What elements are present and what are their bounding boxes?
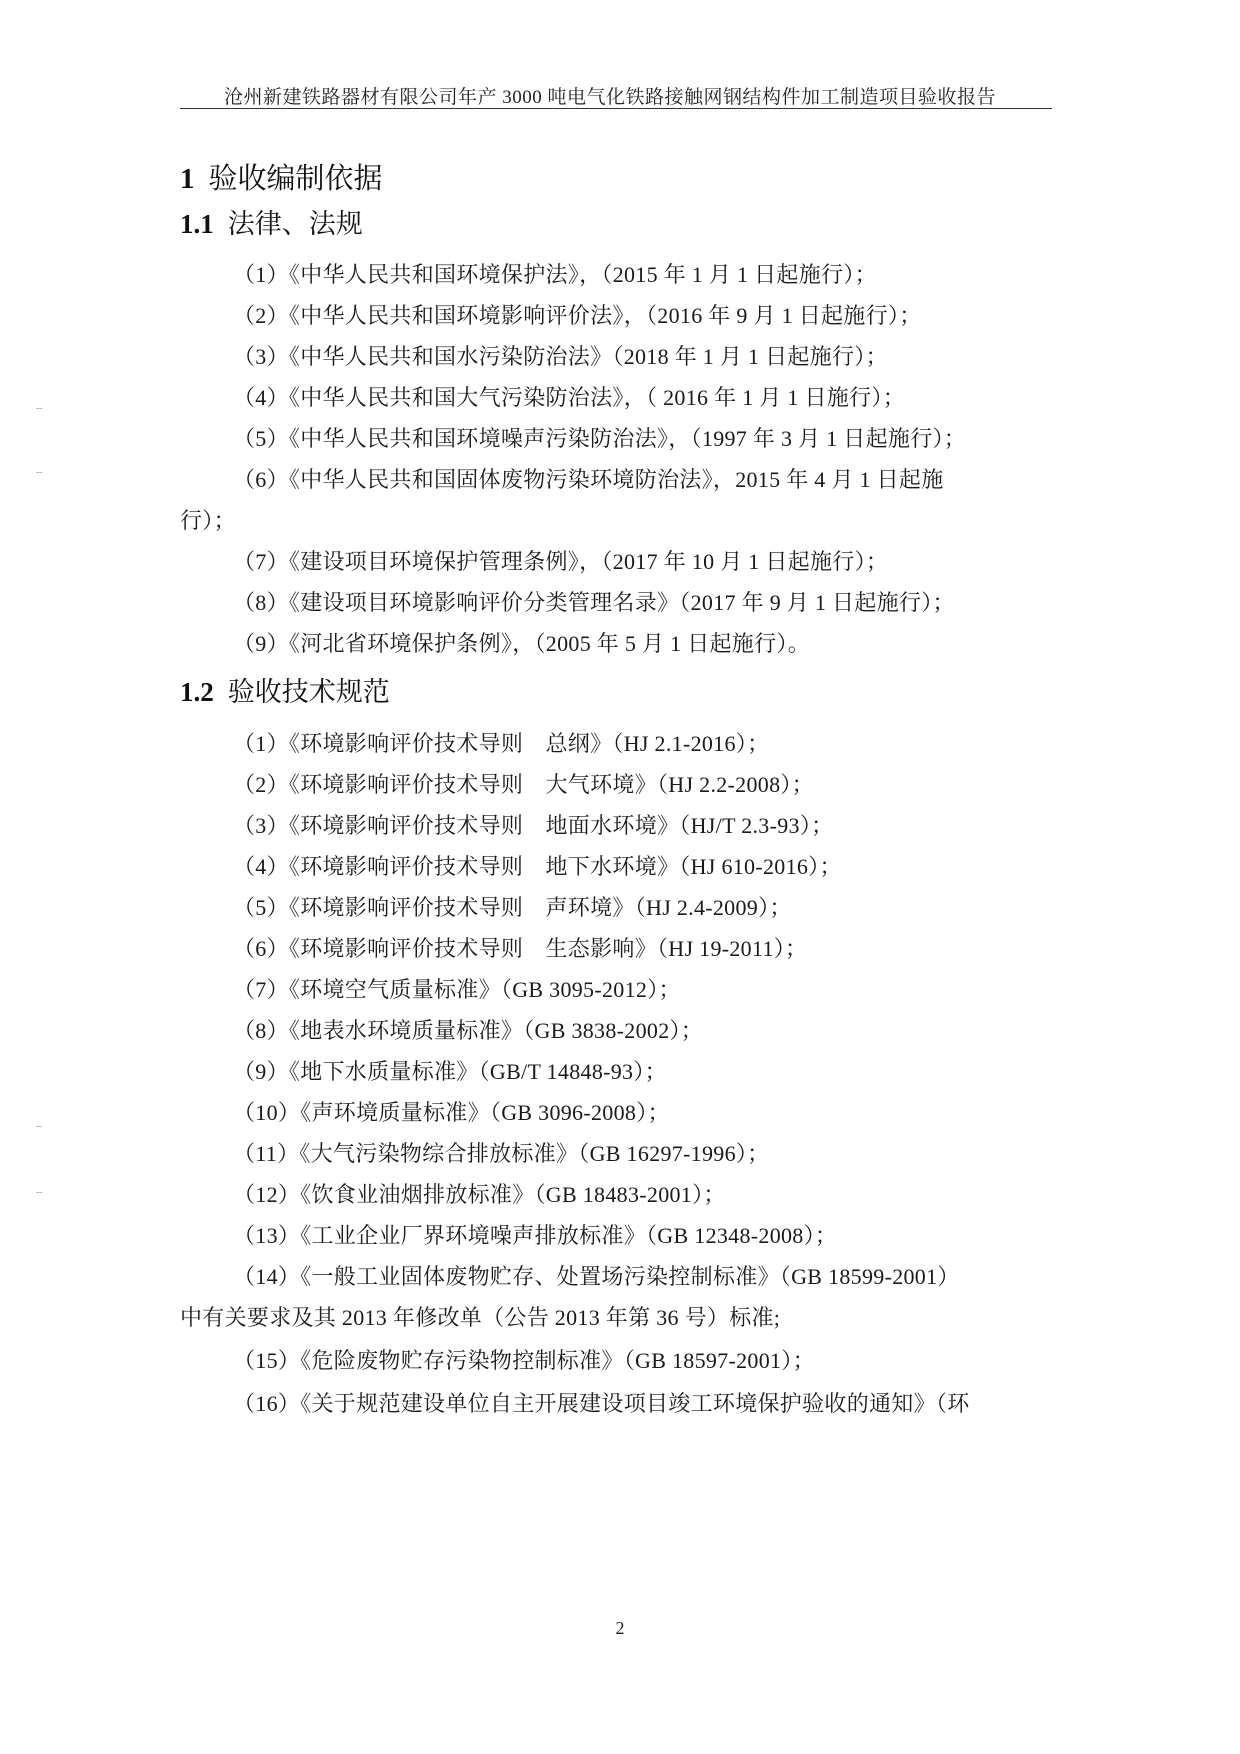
spec-item-1: （1）《环境影响评价技术导则 总纲》（HJ 2.1-2016）； bbox=[233, 727, 769, 758]
spec-item-2: （2）《环境影响评价技术导则 大气环境》（HJ 2.2-2008）； bbox=[233, 768, 814, 799]
spec-item-10: （10）《声环境质量标准》（GB 3096-2008）； bbox=[233, 1096, 670, 1127]
spec-item-12: （12）《饮食业油烟排放标准》（GB 18483-2001）； bbox=[233, 1178, 726, 1209]
law-item-6-continuation: 行）； bbox=[180, 504, 236, 535]
section-number: 1.1 bbox=[180, 209, 214, 239]
spec-item-14: （14）《一般工业固体废物贮存、处置场污染控制标准》（GB 18599-2001… bbox=[233, 1260, 960, 1291]
spec-item-3: （3）《环境影响评价技术导则 地面水环境》（HJ/T 2.3-93）； bbox=[233, 809, 833, 840]
section-heading-1-2: 1.2验收技术规范 bbox=[180, 670, 390, 709]
section-title: 法律、法规 bbox=[228, 209, 363, 239]
chapter-heading: 1验收编制依据 bbox=[180, 156, 383, 197]
spec-item-4: （4）《环境影响评价技术导则 地下水环境》（HJ 610-2016）； bbox=[233, 850, 842, 881]
running-header: 沧州新建铁路器材有限公司年产 3000 吨电气化铁路接触网钢结构件加工制造项目验… bbox=[180, 82, 1040, 109]
scan-speck bbox=[36, 1192, 42, 1193]
spec-item-6: （6）《环境影响评价技术导则 生态影响》（HJ 19-2011）； bbox=[233, 932, 807, 963]
spec-item-14-continuation: 中有关要求及其 2013 年修改单（公告 2013 年第 36 号）标准; bbox=[180, 1301, 780, 1332]
spec-item-8: （8）《地表水环境质量标准》（GB 3838-2002）； bbox=[233, 1014, 703, 1045]
spec-item-11: （11）《大气污染物综合排放标准》（GB 16297-1996）； bbox=[233, 1137, 769, 1168]
section-number: 1.2 bbox=[180, 677, 214, 707]
law-item-4: （4）《中华人民共和国大气污染防治法》，（ 2016 年 1 月 1 日施行）； bbox=[233, 381, 905, 412]
scan-speck bbox=[36, 408, 42, 409]
law-item-9: （9）《河北省环境保护条例》，（2005 年 5 月 1 日起施行）。 bbox=[233, 627, 810, 658]
law-item-8: （8）《建设项目环境影响评价分类管理名录》（2017 年 9 月 1 日起施行）… bbox=[233, 586, 955, 617]
law-item-5: （5）《中华人民共和国环境噪声污染防治法》，（1997 年 3 月 1 日起施行… bbox=[233, 422, 966, 453]
spec-item-15: （15）《危险废物贮存污染物控制标准》（GB 18597-2001）； bbox=[233, 1344, 815, 1375]
spec-item-9: （9）《地下水质量标准》（GB/T 14848-93）； bbox=[233, 1055, 667, 1086]
spec-item-16: （16）《关于规范建设单位自主开展建设项目竣工环境保护验收的通知》（环 bbox=[233, 1387, 970, 1418]
law-item-3: （3）《中华人民共和国水污染防治法》（2018 年 1 月 1 日起施行）； bbox=[233, 340, 888, 371]
scan-speck bbox=[36, 472, 42, 473]
law-item-6: （6）《中华人民共和国固体废物污染环境防治法》，2015 年 4 月 1 日起施 bbox=[233, 463, 944, 494]
spec-item-5: （5）《环境影响评价技术导则 声环境》（HJ 2.4-2009）； bbox=[233, 891, 792, 922]
spec-item-7: （7）《环境空气质量标准》（GB 3095-2012）； bbox=[233, 973, 681, 1004]
header-divider bbox=[180, 108, 1052, 109]
chapter-number: 1 bbox=[180, 163, 195, 195]
section-title: 验收技术规范 bbox=[228, 677, 390, 707]
law-item-2: （2）《中华人民共和国环境影响评价法》，（2016 年 9 月 1 日起施行）； bbox=[233, 299, 922, 330]
spec-item-13: （13）《工业企业厂界环境噪声排放标准》（GB 12348-2008）； bbox=[233, 1219, 837, 1250]
section-heading-1-1: 1.1法律、法规 bbox=[180, 202, 363, 241]
scan-speck bbox=[36, 1126, 42, 1127]
chapter-title: 验收编制依据 bbox=[209, 163, 383, 195]
law-item-1: （1）《中华人民共和国环境保护法》，（2015 年 1 月 1 日起施行）； bbox=[233, 258, 877, 289]
law-item-7: （7）《建设项目环境保护管理条例》，（2017 年 10 月 1 日起施行）； bbox=[233, 545, 888, 576]
page-number: 2 bbox=[0, 1618, 1240, 1639]
